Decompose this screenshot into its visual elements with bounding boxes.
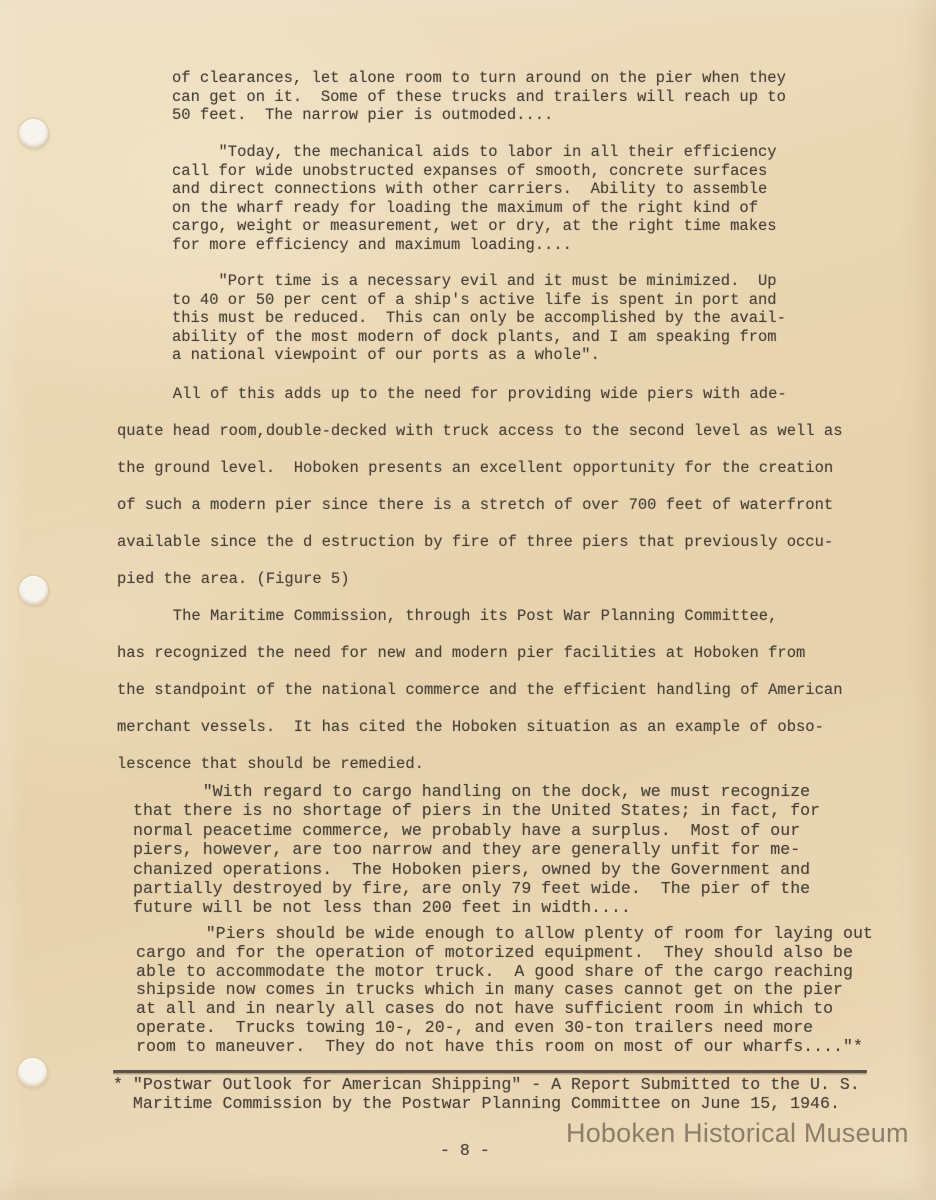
scanned-document-page: of clearances, let alone room to turn ar… <box>0 0 936 1200</box>
quote-block-port-time: "Port time is a necessary evil and it mu… <box>172 272 786 365</box>
page-number: - 8 - <box>440 1141 490 1160</box>
punch-hole-bottom <box>18 1058 47 1087</box>
quote-block-continuation: of clearances, let alone room to turn ar… <box>172 69 786 125</box>
footnote-separator-rule <box>113 1070 867 1073</box>
museum-watermark: Hoboken Historical Museum <box>566 1118 909 1149</box>
paragraph-wide-piers: All of this adds up to the need for prov… <box>117 376 843 598</box>
punch-hole-top <box>19 119 48 148</box>
footnote: * "Postwar Outlook for American Shipping… <box>113 1075 860 1114</box>
quote-block-cargo-handling: "With regard to cargo handling on the do… <box>133 782 820 918</box>
paragraph-maritime-commission: The Maritime Commission, through its Pos… <box>117 598 843 783</box>
quote-block-piers-wide: "Piers should be wide enough to allow pl… <box>136 925 873 1057</box>
punch-hole-middle <box>19 576 48 605</box>
quote-block-today: "Today, the mechanical aids to labor in … <box>172 143 777 255</box>
